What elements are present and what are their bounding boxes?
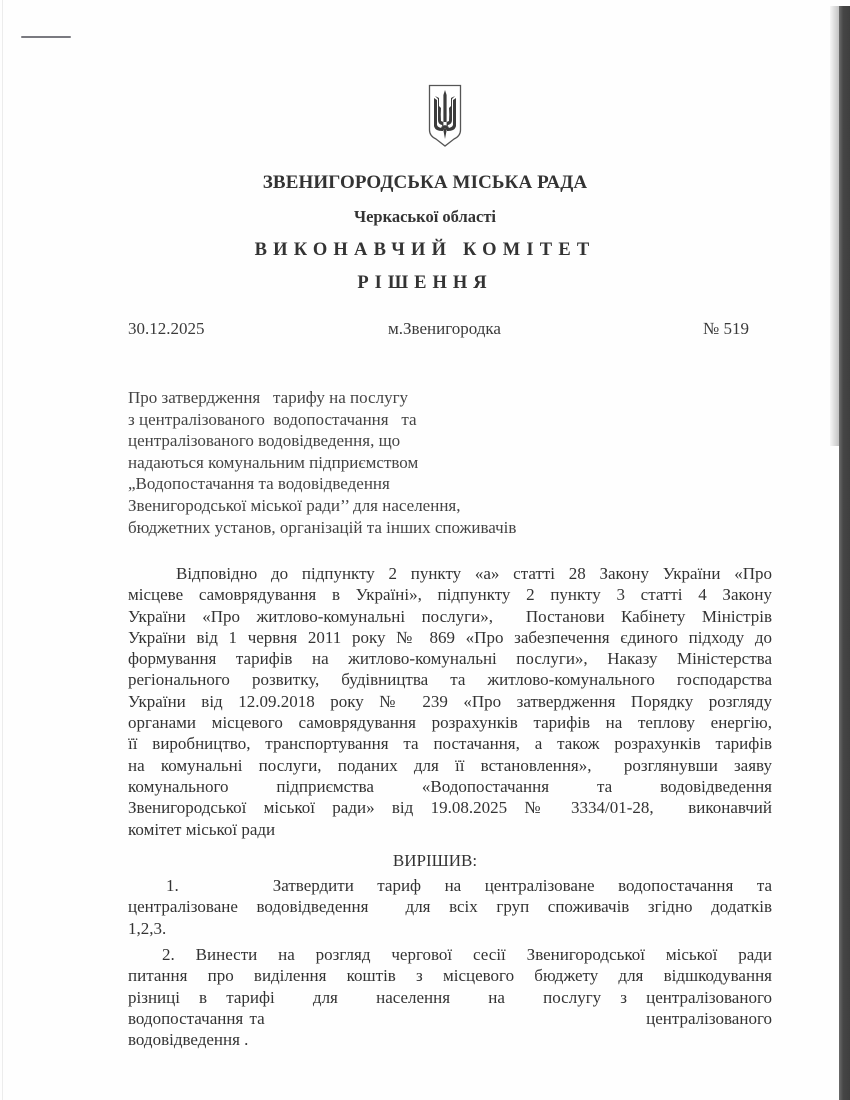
subject-line: надаються комунальним підприємством: [128, 452, 608, 474]
item-line: 2. Винести на розгляд чергової сесії Зве…: [128, 944, 772, 965]
item-line: 1,2,3.: [128, 918, 772, 939]
preamble-line: комунального підприємства «Водопостачанн…: [128, 776, 772, 797]
decision-item-2: 2. Винести на розгляд чергової сесії Зве…: [128, 944, 772, 1050]
scan-left-edge: [2, 0, 3, 1100]
preamble-line: формування тарифів на житлово-комунальні…: [128, 648, 772, 669]
subject-line: „Водопостачання та водовідведення: [128, 473, 608, 495]
trident-emblem-icon: [428, 84, 462, 148]
subject-line: бюджетних установ, організацій та інших …: [128, 517, 608, 539]
committee-name: ВИКОНАВЧИЙ КОМІТЕТ: [0, 240, 850, 261]
region-name: Черкаської області: [0, 207, 850, 227]
preamble-line: України від 12.09.2018 року № 239 «Про з…: [128, 691, 772, 712]
decision-subject: Про затвердження тарифу на послугу з цен…: [128, 387, 608, 538]
item-line: різниці в тарифі для населення на послуг…: [128, 987, 772, 1008]
decision-number: № 519: [703, 319, 749, 339]
item-line: 1. Затвердити тариф на централізоване во…: [128, 875, 772, 896]
item-line: питання про виділення коштів з місцевого…: [128, 965, 772, 986]
preamble-line: на комунальні послуги, поданих для її вс…: [128, 755, 772, 776]
preamble-line: комітет міської ради: [128, 819, 772, 840]
council-name: ЗВЕНИГОРОДСЬКА МІСЬКА РАДА: [0, 172, 850, 194]
decision-item-1: 1. Затвердити тариф на централізоване во…: [128, 875, 772, 939]
preamble-line: органами місцевого самоврядування розрах…: [128, 712, 772, 733]
item-line: водопостачання та централізованого: [128, 1008, 772, 1029]
preamble-line: її виробництво, транспортування та поста…: [128, 733, 772, 754]
resolved-heading: ВИРІШИВ:: [0, 851, 850, 871]
subject-line: Про затвердження тарифу на послугу: [128, 387, 608, 409]
document-type: РІШЕННЯ: [0, 273, 850, 294]
scan-right-edge: [839, 6, 850, 1100]
item-line: водовідведення .: [128, 1029, 772, 1050]
subject-line: Звенигородської міської ради’’ для насел…: [128, 495, 608, 517]
item-line: централізоване водовідведення для всіх г…: [128, 896, 772, 917]
preamble-line: місцеве самоврядування в Україні», підпу…: [128, 584, 772, 605]
preamble-line: України «Про житлово-комунальні послуги»…: [128, 606, 772, 627]
subject-line: з централізованого водопостачання та: [128, 409, 608, 431]
preamble-paragraph: Відповідно до підпункту 2 пункту «а» ста…: [128, 563, 772, 840]
decision-city: м.Звенигородка: [388, 319, 501, 339]
scan-mark: [21, 36, 71, 38]
preamble-line: Відповідно до підпункту 2 пункту «а» ста…: [128, 563, 772, 584]
decision-date: 30.12.2025: [128, 319, 205, 339]
preamble-line: Звенигородської міської ради» від 19.08.…: [128, 797, 772, 818]
preamble-line: України від 1 червня 2011 року № 869 «Пр…: [128, 627, 772, 648]
preamble-line: регіонального розвитку, будівництва та ж…: [128, 669, 772, 690]
subject-line: централізованого водовідведення, що: [128, 430, 608, 452]
